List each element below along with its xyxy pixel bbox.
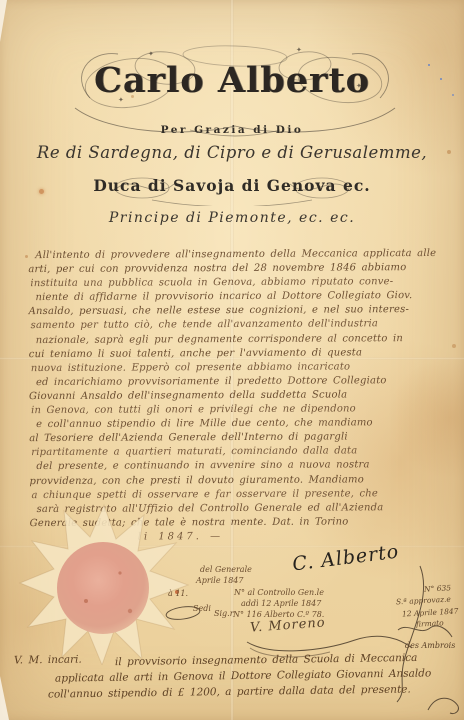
margin-date: 12 Aprile 1847	[402, 607, 459, 619]
margin-approval: S.ª approvaz.e	[396, 595, 451, 607]
minuta-prefix: V. M. incari.	[14, 654, 82, 667]
registry-note: Sig.r	[214, 609, 234, 618]
registry-journal-line: à 11.	[168, 589, 188, 598]
sparkle-icon: ✦	[148, 50, 154, 58]
scan-edge-corner	[0, 0, 7, 42]
body-line: Ansaldo, persuasi, che nelle estese sue …	[29, 303, 451, 319]
margin-number: N° 635	[424, 583, 451, 593]
scan-edge-corner	[0, 676, 9, 720]
motto-line: Per Grazia di Dio	[0, 124, 464, 136]
body-line: nazionale, saprà egli pur degnamente cor…	[36, 331, 451, 347]
registry-controllo-line: addì 12 Aprile 1847	[241, 599, 321, 608]
registry-controllo-line: N° al Controllo Gen.le	[234, 588, 324, 597]
ducal-title-line: Duca di Savoja di Genova ec.	[0, 176, 464, 195]
decree-body: All'intento di provvedere all'insegnamen…	[26, 247, 452, 545]
minuta-line: coll'annuo stipendio di £ 1200, a partir…	[48, 683, 411, 700]
margin-signed: firmato	[416, 618, 444, 628]
wax-seal	[18, 503, 190, 665]
foxing-spot	[452, 344, 456, 348]
registry-note: Sedi	[193, 604, 211, 613]
prince-title-line: Principe di Piemonte, ec. ec.	[0, 210, 464, 226]
registry-journal-line: del Generale	[200, 565, 252, 574]
minuta-line: applicata alle arti in Genova il Dottore…	[55, 667, 431, 684]
royal-style-line: Re di Sardegna, di Cipro e di Gerusalemm…	[0, 143, 464, 162]
document-title: Carlo Alberto	[0, 60, 464, 101]
paper-background: ✦ ✦ ✦ ✦ Carlo Alberto Per Grazia di Dio …	[0, 0, 464, 720]
registry-journal-line: Aprile 1847	[196, 576, 243, 585]
minister-name: des Ambrois	[405, 641, 455, 650]
document-page: ✦ ✦ ✦ ✦ Carlo Alberto Per Grazia di Dio …	[0, 0, 464, 720]
sparkle-icon: ✦	[296, 46, 302, 54]
